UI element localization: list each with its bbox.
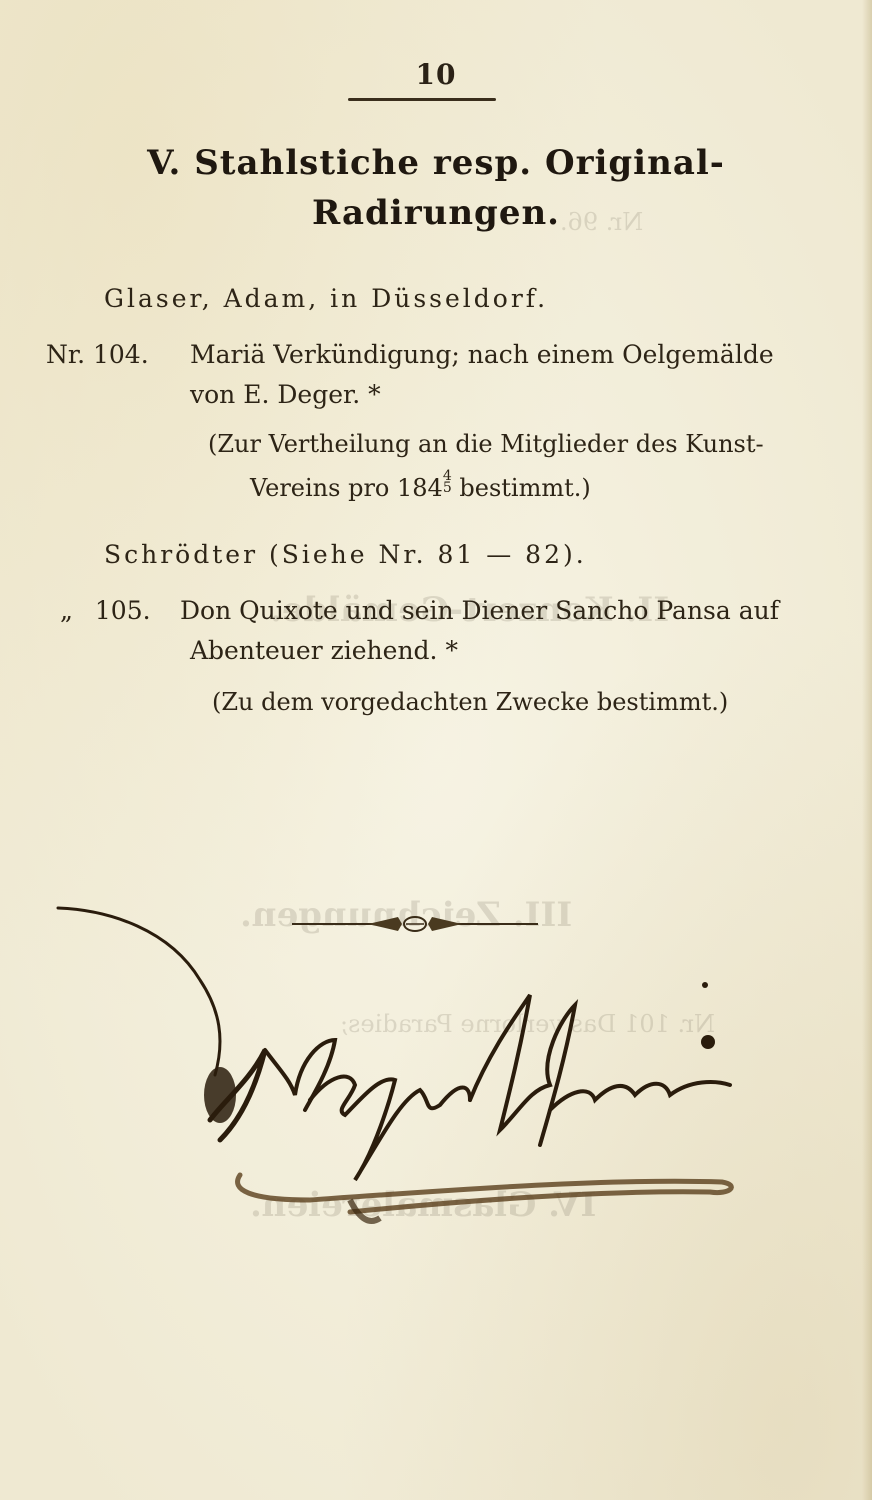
entry-prefix: Nr. (46, 340, 85, 369)
note-text: bestimmt.) (459, 474, 590, 502)
note-text: Vereins pro 184 (250, 474, 443, 502)
section-title-line1: Stahlstiche resp. Original- (194, 143, 725, 183)
entry-title-cont: von E. Deger. * (190, 380, 381, 409)
handwritten-signature (50, 900, 770, 1240)
document-page: Nr. 96. II. Konzert-Gemälde. III. Zeichn… (0, 0, 872, 1500)
page-number-rule (348, 98, 496, 101)
entry-note: (Zur Vertheilung an die Mitglieder des K… (208, 430, 764, 458)
entry-note: (Zu dem vorgedachten Zwecke bestimmt.) (212, 688, 728, 716)
artist-name: Schrödter (Siehe Nr. 81 — 82). (104, 540, 587, 569)
catalog-entry-104: Nr. 104. (46, 340, 149, 369)
entry-number: 105. (95, 596, 151, 625)
artist-name: Glaser, Adam, in Düsseldorf. (104, 284, 548, 313)
fraction: 45 (443, 470, 452, 494)
section-heading: V. Stahlstiche resp. Original- (0, 143, 872, 183)
entry-title-cont: Abenteuer ziehend. * (190, 636, 458, 665)
fraction-denominator: 5 (443, 482, 452, 494)
entry-title: Mariä Verkündigung; nach einem Oelgemäld… (190, 340, 774, 369)
entry-title: Don Quixote und sein Diener Sancho Pansa… (180, 596, 779, 625)
entry-note-cont: Vereins pro 18445 bestimmt.) (250, 470, 591, 502)
section-numeral: V. (147, 143, 181, 183)
section-heading-line2: Radirungen. (0, 193, 872, 233)
entry-number: 104. (93, 340, 149, 369)
catalog-entry-105: „ 105. (60, 596, 151, 625)
entry-prefix: „ (60, 596, 73, 625)
page-number: 10 (0, 58, 872, 91)
